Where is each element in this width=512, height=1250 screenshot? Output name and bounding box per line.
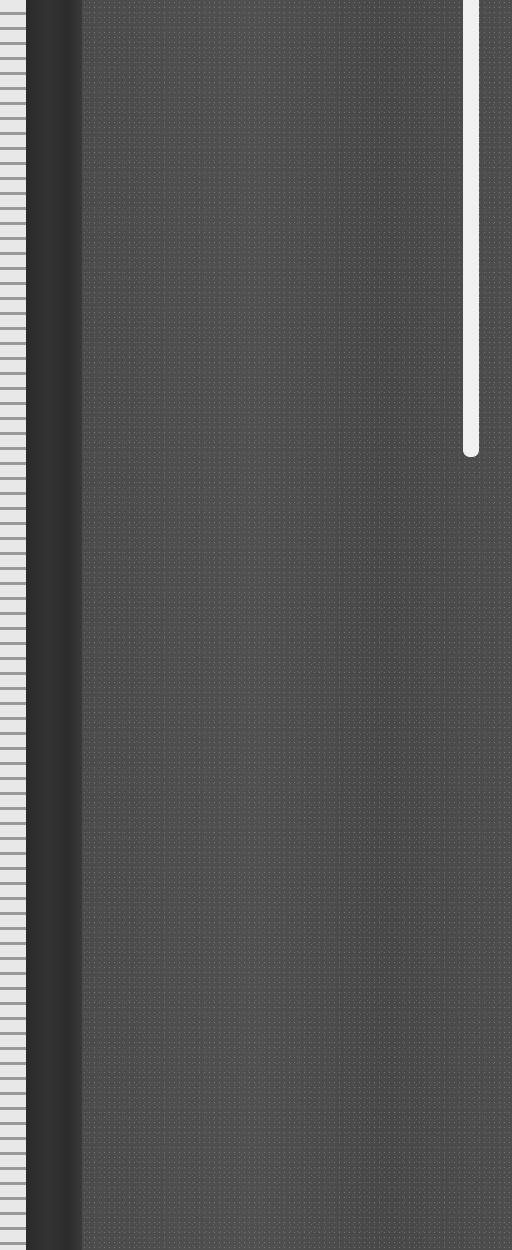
gutter [26, 0, 82, 1250]
lane-marking [463, 0, 479, 457]
sidewalk-curb [0, 0, 26, 1250]
road-scene [0, 0, 512, 1250]
asphalt-texture [82, 0, 512, 1250]
asphalt-road [82, 0, 512, 1250]
